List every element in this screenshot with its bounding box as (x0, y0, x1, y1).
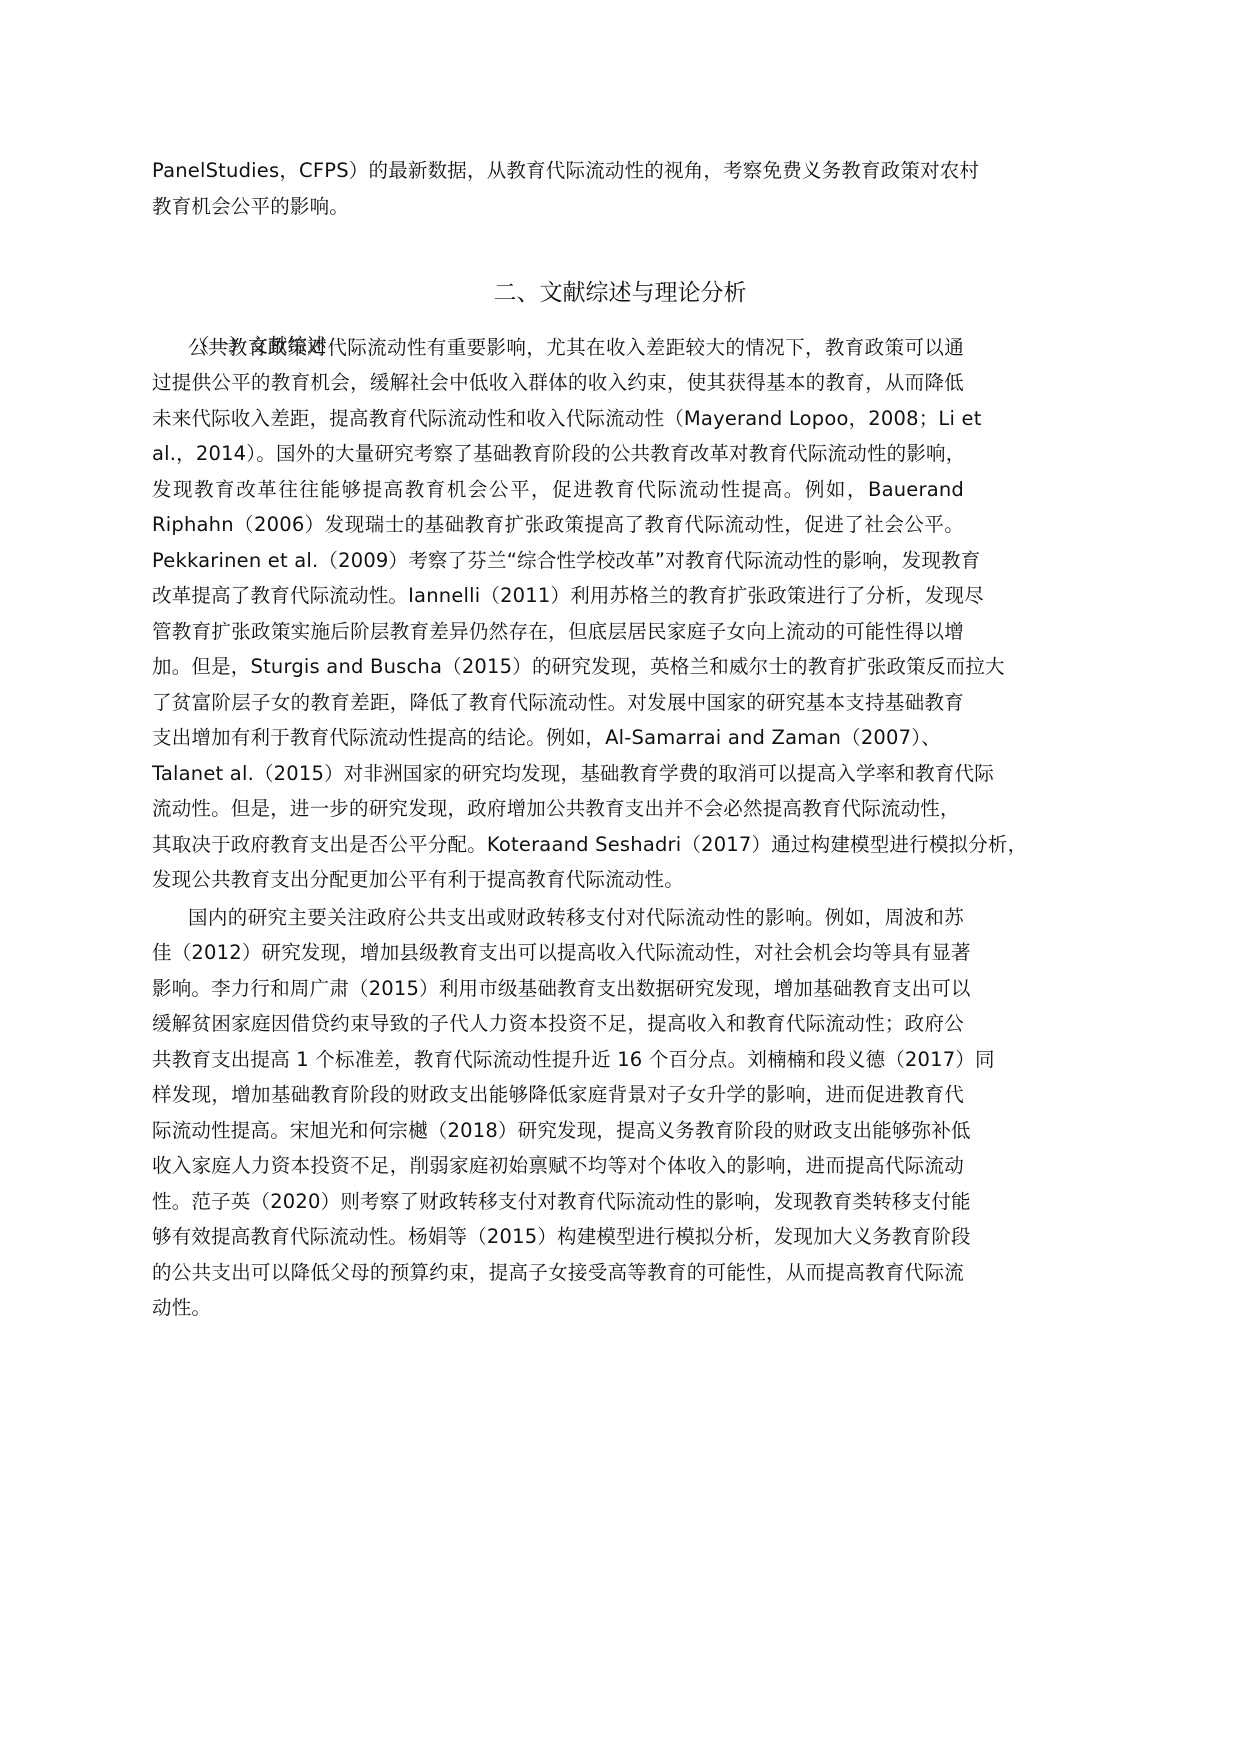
paragraph-line: 发现教育改革往往能够提高教育机会公平，促进教育代际流动性提高。例如，Bauera… (152, 477, 964, 503)
paragraph-line: 动性。 (152, 1295, 964, 1321)
intro-line: PanelStudies，CFPS）的最新数据，从教育代际流动性的视角，考察免费… (152, 158, 964, 184)
paragraph-line: 其取决于政府教育支出是否公平分配。Koteraand Seshadri（2017… (152, 832, 964, 858)
paragraph-line: 过提供公平的教育机会，缓解社会中低收入群体的收入约束，使其获得基本的教育，从而降… (152, 370, 964, 396)
paragraph-line: al.，2014）。国外的大量研究考察了基础教育阶段的公共教育改革对教育代际流动… (152, 441, 964, 467)
paragraph-line: 加。但是，Sturgis and Buscha（2015）的研究发现，英格兰和威… (152, 654, 964, 680)
intro-line: 教育机会公平的影响。 (152, 194, 964, 220)
paragraph-line: 样发现，增加基础教育阶段的财政支出能够降低家庭背景对子女升学的影响，进而促进教育… (152, 1082, 964, 1108)
paragraph-line: 收入家庭人力资本投资不足，削弱家庭初始禀赋不均等对个体收入的影响，进而提高代际流… (152, 1153, 964, 1179)
paragraph-line: Pekkarinen et al.（2009）考察了芬兰“综合性学校改革”对教育… (152, 548, 964, 574)
paragraph-line: 改革提高了教育代际流动性。Iannelli（2011）利用苏格兰的教育扩张政策进… (152, 583, 964, 609)
paragraph-line: 了贫富阶层子女的教育差距，降低了教育代际流动性。对发展中国家的研究基本支持基础教… (152, 690, 964, 716)
paragraph-line: 的公共支出可以降低父母的预算约束，提高子女接受高等教育的可能性，从而提高教育代际… (152, 1260, 964, 1286)
paragraph-line: 佳（2012）研究发现，增加县级教育支出可以提高收入代际流动性，对社会机会均等具… (152, 940, 964, 966)
paragraph-line: 国内的研究主要关注政府公共支出或财政转移支付对代际流动性的影响。例如，周波和苏 (188, 905, 964, 931)
paragraph-line: 公共教育政策对代际流动性有重要影响，尤其在收入差距较大的情况下，教育政策可以通 (188, 335, 964, 361)
paragraph-line: 未来代际收入差距，提高教育代际流动性和收入代际流动性（Mayerand Lopo… (152, 406, 964, 432)
paragraph-line: 够有效提高教育代际流动性。杨娟等（2015）构建模型进行模拟分析，发现加大义务教… (152, 1224, 964, 1250)
paragraph-line: 管教育扩张政策实施后阶层教育差异仍然存在，但底层居民家庭子女向上流动的可能性得以… (152, 619, 964, 645)
paragraph-line: 发现公共教育支出分配更加公平有利于提高教育代际流动性。 (152, 867, 964, 893)
paragraph-line: 缓解贫困家庭因借贷约束导致的子代人力资本投资不足，提高收入和教育代际流动性；政府… (152, 1011, 964, 1037)
paragraph-line: 流动性。但是，进一步的研究发现，政府增加公共教育支出并不会必然提高教育代际流动性… (152, 796, 964, 822)
paragraph-line: Talanet al.（2015）对非洲国家的研究均发现，基础教育学费的取消可以… (152, 761, 964, 787)
paragraph-line: 共教育支出提高 1 个标准差，教育代际流动性提升近 16 个百分点。刘楠楠和段义… (152, 1047, 964, 1073)
paragraph-line: 影响。李力行和周广肃（2015）利用市级基础教育支出数据研究发现，增加基础教育支… (152, 976, 964, 1002)
paragraph-line: 性。范子英（2020）则考察了财政转移支付对教育代际流动性的影响，发现教育类转移… (152, 1189, 964, 1215)
paragraph-line: 支出增加有利于教育代际流动性提高的结论。例如，Al-Samarrai and Z… (152, 725, 964, 751)
document-page: PanelStudies，CFPS）的最新数据，从教育代际流动性的视角，考察免费… (0, 0, 1240, 1754)
paragraph-line: Riphahn（2006）发现瑞士的基础教育扩张政策提高了教育代际流动性，促进了… (152, 512, 964, 538)
section-heading: 二、文献综述与理论分析 (0, 278, 1240, 308)
paragraph-line: 际流动性提高。宋旭光和何宗樾（2018）研究发现，提高义务教育阶段的财政支出能够… (152, 1118, 964, 1144)
